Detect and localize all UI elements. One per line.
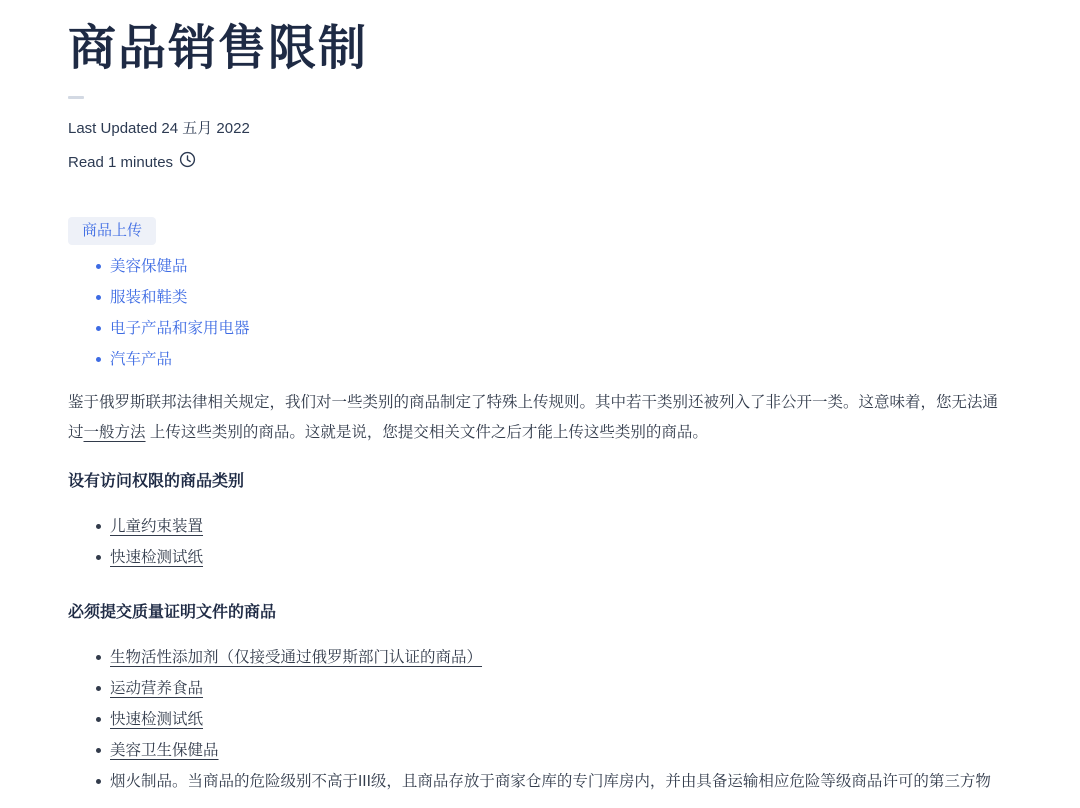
list-item: 烟火制品。当商品的危险级别不高于III级，且商品存放于商家仓库的专门库房内，并由… [96, 771, 1012, 792]
section-heading-restricted-access: 设有访问权限的商品类别 [68, 471, 1012, 493]
title-divider-dash [68, 96, 84, 99]
fireworks-item-text: 烟火制品。当商品的危险级别不高于III级，且商品存放于商家仓库的专门库房内，并由… [110, 773, 991, 790]
list-item: 快速检测试纸 [96, 547, 1012, 568]
read-time-row: Read 1 minutes [68, 151, 1012, 174]
page-title: 商品销售限制 [68, 24, 1012, 75]
list-item: 快速检测试纸 [96, 709, 1012, 730]
tag-badge-product-upload[interactable]: 商品上传 [68, 217, 156, 245]
list-item: 生物活性添加剂（仅接受通过俄罗斯部门认证的商品） [96, 647, 1012, 668]
intro-text-after: 上传这些类别的商品。这就是说，您提交相关文件之后才能上传这些类别的商品。 [146, 424, 708, 441]
read-time-text: Read 1 minutes [68, 152, 173, 173]
category-link-list: 美容保健品 服装和鞋类 电子产品和家用电器 汽车产品 [68, 256, 1012, 370]
category-link[interactable]: 美容保健品 [110, 258, 188, 275]
clock-icon [179, 151, 196, 174]
restricted-item-link[interactable]: 快速检测试纸 [110, 549, 203, 566]
restricted-item-link[interactable]: 儿童约束装置 [110, 518, 203, 535]
category-link[interactable]: 电子产品和家用电器 [110, 320, 250, 337]
restricted-access-list: 儿童约束装置 快速检测试纸 [68, 516, 1012, 568]
list-item: 服装和鞋类 [96, 287, 1012, 308]
quality-item-link[interactable]: 美容卫生保健品 [110, 742, 219, 759]
intro-paragraph: 鉴于俄罗斯联邦法律相关规定，我们对一些类别的商品制定了特殊上传规则。其中若干类别… [68, 388, 1012, 448]
list-item: 运动营养食品 [96, 678, 1012, 699]
category-link[interactable]: 服装和鞋类 [110, 289, 188, 306]
list-item: 儿童约束装置 [96, 516, 1012, 537]
quality-item-link[interactable]: 快速检测试纸 [110, 711, 203, 728]
article-container: 商品销售限制 Last Updated 24 五月 2022 Read 1 mi… [0, 0, 1012, 792]
quality-docs-list: 生物活性添加剂（仅接受通过俄罗斯部门认证的商品） 运动营养食品 快速检测试纸 美… [68, 647, 1012, 792]
list-item: 汽车产品 [96, 349, 1012, 370]
list-item: 美容卫生保健品 [96, 740, 1012, 761]
list-item: 美容保健品 [96, 256, 1012, 277]
quality-item-link[interactable]: 运动营养食品 [110, 680, 203, 697]
category-link[interactable]: 汽车产品 [110, 351, 172, 368]
list-item: 电子产品和家用电器 [96, 318, 1012, 339]
last-updated-text: Last Updated 24 五月 2022 [68, 118, 1012, 139]
general-method-link[interactable]: 一般方法 [84, 424, 146, 441]
section-heading-quality-docs: 必须提交质量证明文件的商品 [68, 602, 1012, 624]
quality-item-link[interactable]: 生物活性添加剂（仅接受通过俄罗斯部门认证的商品） [110, 649, 482, 666]
